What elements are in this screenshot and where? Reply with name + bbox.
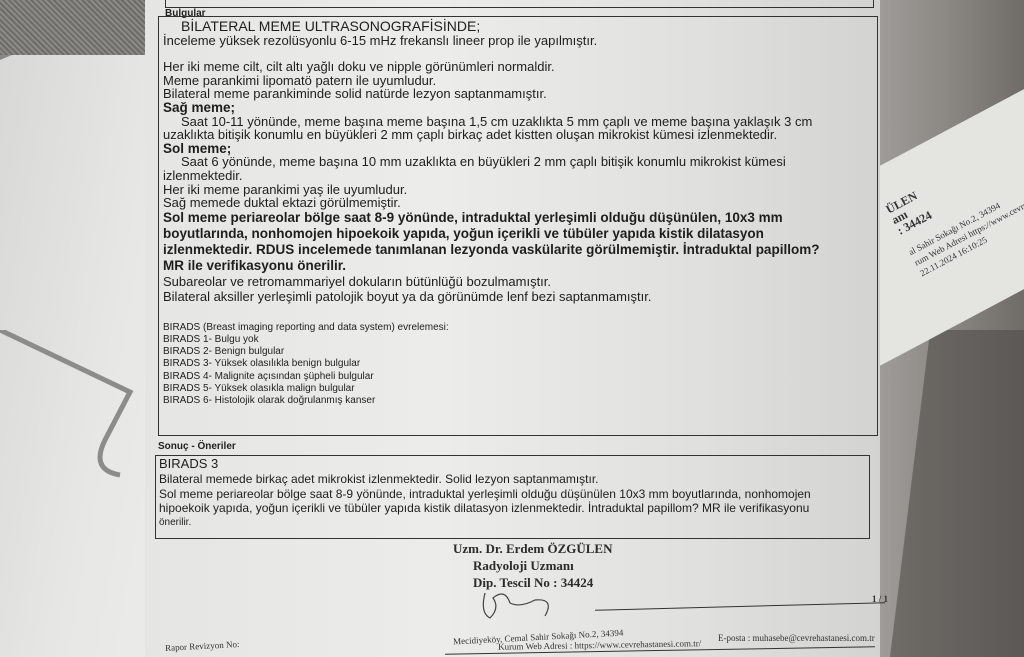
birads-legend-line: BIRADS 4- Malignite açısından şüpheli bu… (163, 371, 877, 383)
doctor-name: Uzm. Dr. Erdem ÖZGÜLEN (453, 540, 613, 557)
key-finding-line: izlenmektedir. RDUS incelemede tanımlana… (163, 242, 877, 258)
birads-legend-line: BIRADS (Breast imaging reporting and dat… (163, 322, 877, 334)
result-line: hipoekoik yapıda, yoğun içerikli ve tübü… (159, 501, 869, 516)
footer-email: E-posta : muhasebe@cevrehastanesi.com.tr (718, 633, 875, 643)
birads-legend-line: BIRADS 6- Histolojik olarak doğrulanmış … (163, 395, 877, 407)
findings-title: BİLATERAL MEME ULTRASONOGRAFİSİNDE; (163, 20, 877, 34)
birads-legend-line: BIRADS 5- Yüksek olasıkla malign bulgula… (163, 383, 877, 395)
birads-legend-line: BIRADS 1- Bulgu yok (163, 334, 877, 346)
result-box: BIRADS 3 Bilateral memede birkaç adet mi… (155, 455, 870, 539)
birads-legend-line: BIRADS 2- Benign bulgular (163, 346, 877, 358)
closing-line: Bilateral aksiller yerleşimli patolojik … (163, 289, 877, 304)
right-breast-line: uzaklıkta bitişik konumlu en büyükleri 2… (163, 128, 877, 142)
signature-block: Uzm. Dr. Erdem ÖZGÜLEN Radyoloji Uzmanı … (453, 540, 613, 591)
right-breast-line: Saat 10-11 yönünde, meme başına meme baş… (163, 115, 877, 129)
general-line: Her iki meme cilt, cilt altı yağlı doku … (163, 60, 877, 74)
footer-rule (595, 602, 885, 611)
right-breast-heading: Sağ meme; (163, 101, 877, 115)
key-finding-line: MR ile verifikasyonu önerilir. (163, 258, 877, 274)
result-line: Bilateral memede birkaç adet mikrokist i… (159, 472, 869, 487)
doctor-title: Radyoloji Uzmanı (453, 557, 613, 574)
findings-box: BİLATERAL MEME ULTRASONOGRAFİSİNDE; İnce… (158, 16, 878, 436)
key-finding-line: boyutlarında, nonhomojen hipoekoik yapıd… (163, 226, 877, 242)
left-breast-line: izlenmektedir. (163, 169, 877, 183)
result-birads: BIRADS 3 (159, 457, 869, 472)
findings-intro: İnceleme yüksek rezolüsyonlu 6-15 mHz fr… (163, 34, 877, 48)
general-line: Meme parankimi lipomatö patern ile uyuml… (163, 74, 877, 88)
general-line: Bilateral meme parankiminde solid natürd… (163, 87, 877, 101)
birads-legend-line: BIRADS 3- Yüksek olasılıkla benign bulgu… (163, 358, 877, 370)
result-line: Sol meme periareolar bölge saat 8-9 yönü… (159, 487, 869, 502)
revision-label: Rapor Revizyon No: (165, 639, 240, 653)
result-label: Sonuç - Öneriler (158, 441, 236, 452)
left-breast-heading: Sol meme; (163, 142, 877, 156)
result-line: önerilir. (159, 516, 869, 531)
report-page: Bulgular BİLATERAL MEME ULTRASONOGRAFİSİ… (145, 0, 880, 657)
header-box (165, 0, 874, 8)
background-fabric-left (0, 0, 160, 55)
parenchyma-line: Sağ memede duktal ektazi görülmemiştir. (163, 196, 877, 210)
key-finding-line: Sol meme periareolar bölge saat 8-9 yönü… (163, 210, 877, 226)
signature-scribble-icon (475, 588, 565, 628)
closing-line: Subareolar ve retromammariyel dokuların … (163, 274, 877, 289)
left-breast-line: Saat 6 yönünde, meme başına 10 mm uzaklı… (163, 155, 877, 169)
parenchyma-line: Her iki meme parankimi yaş ile uyumludur… (163, 183, 877, 197)
